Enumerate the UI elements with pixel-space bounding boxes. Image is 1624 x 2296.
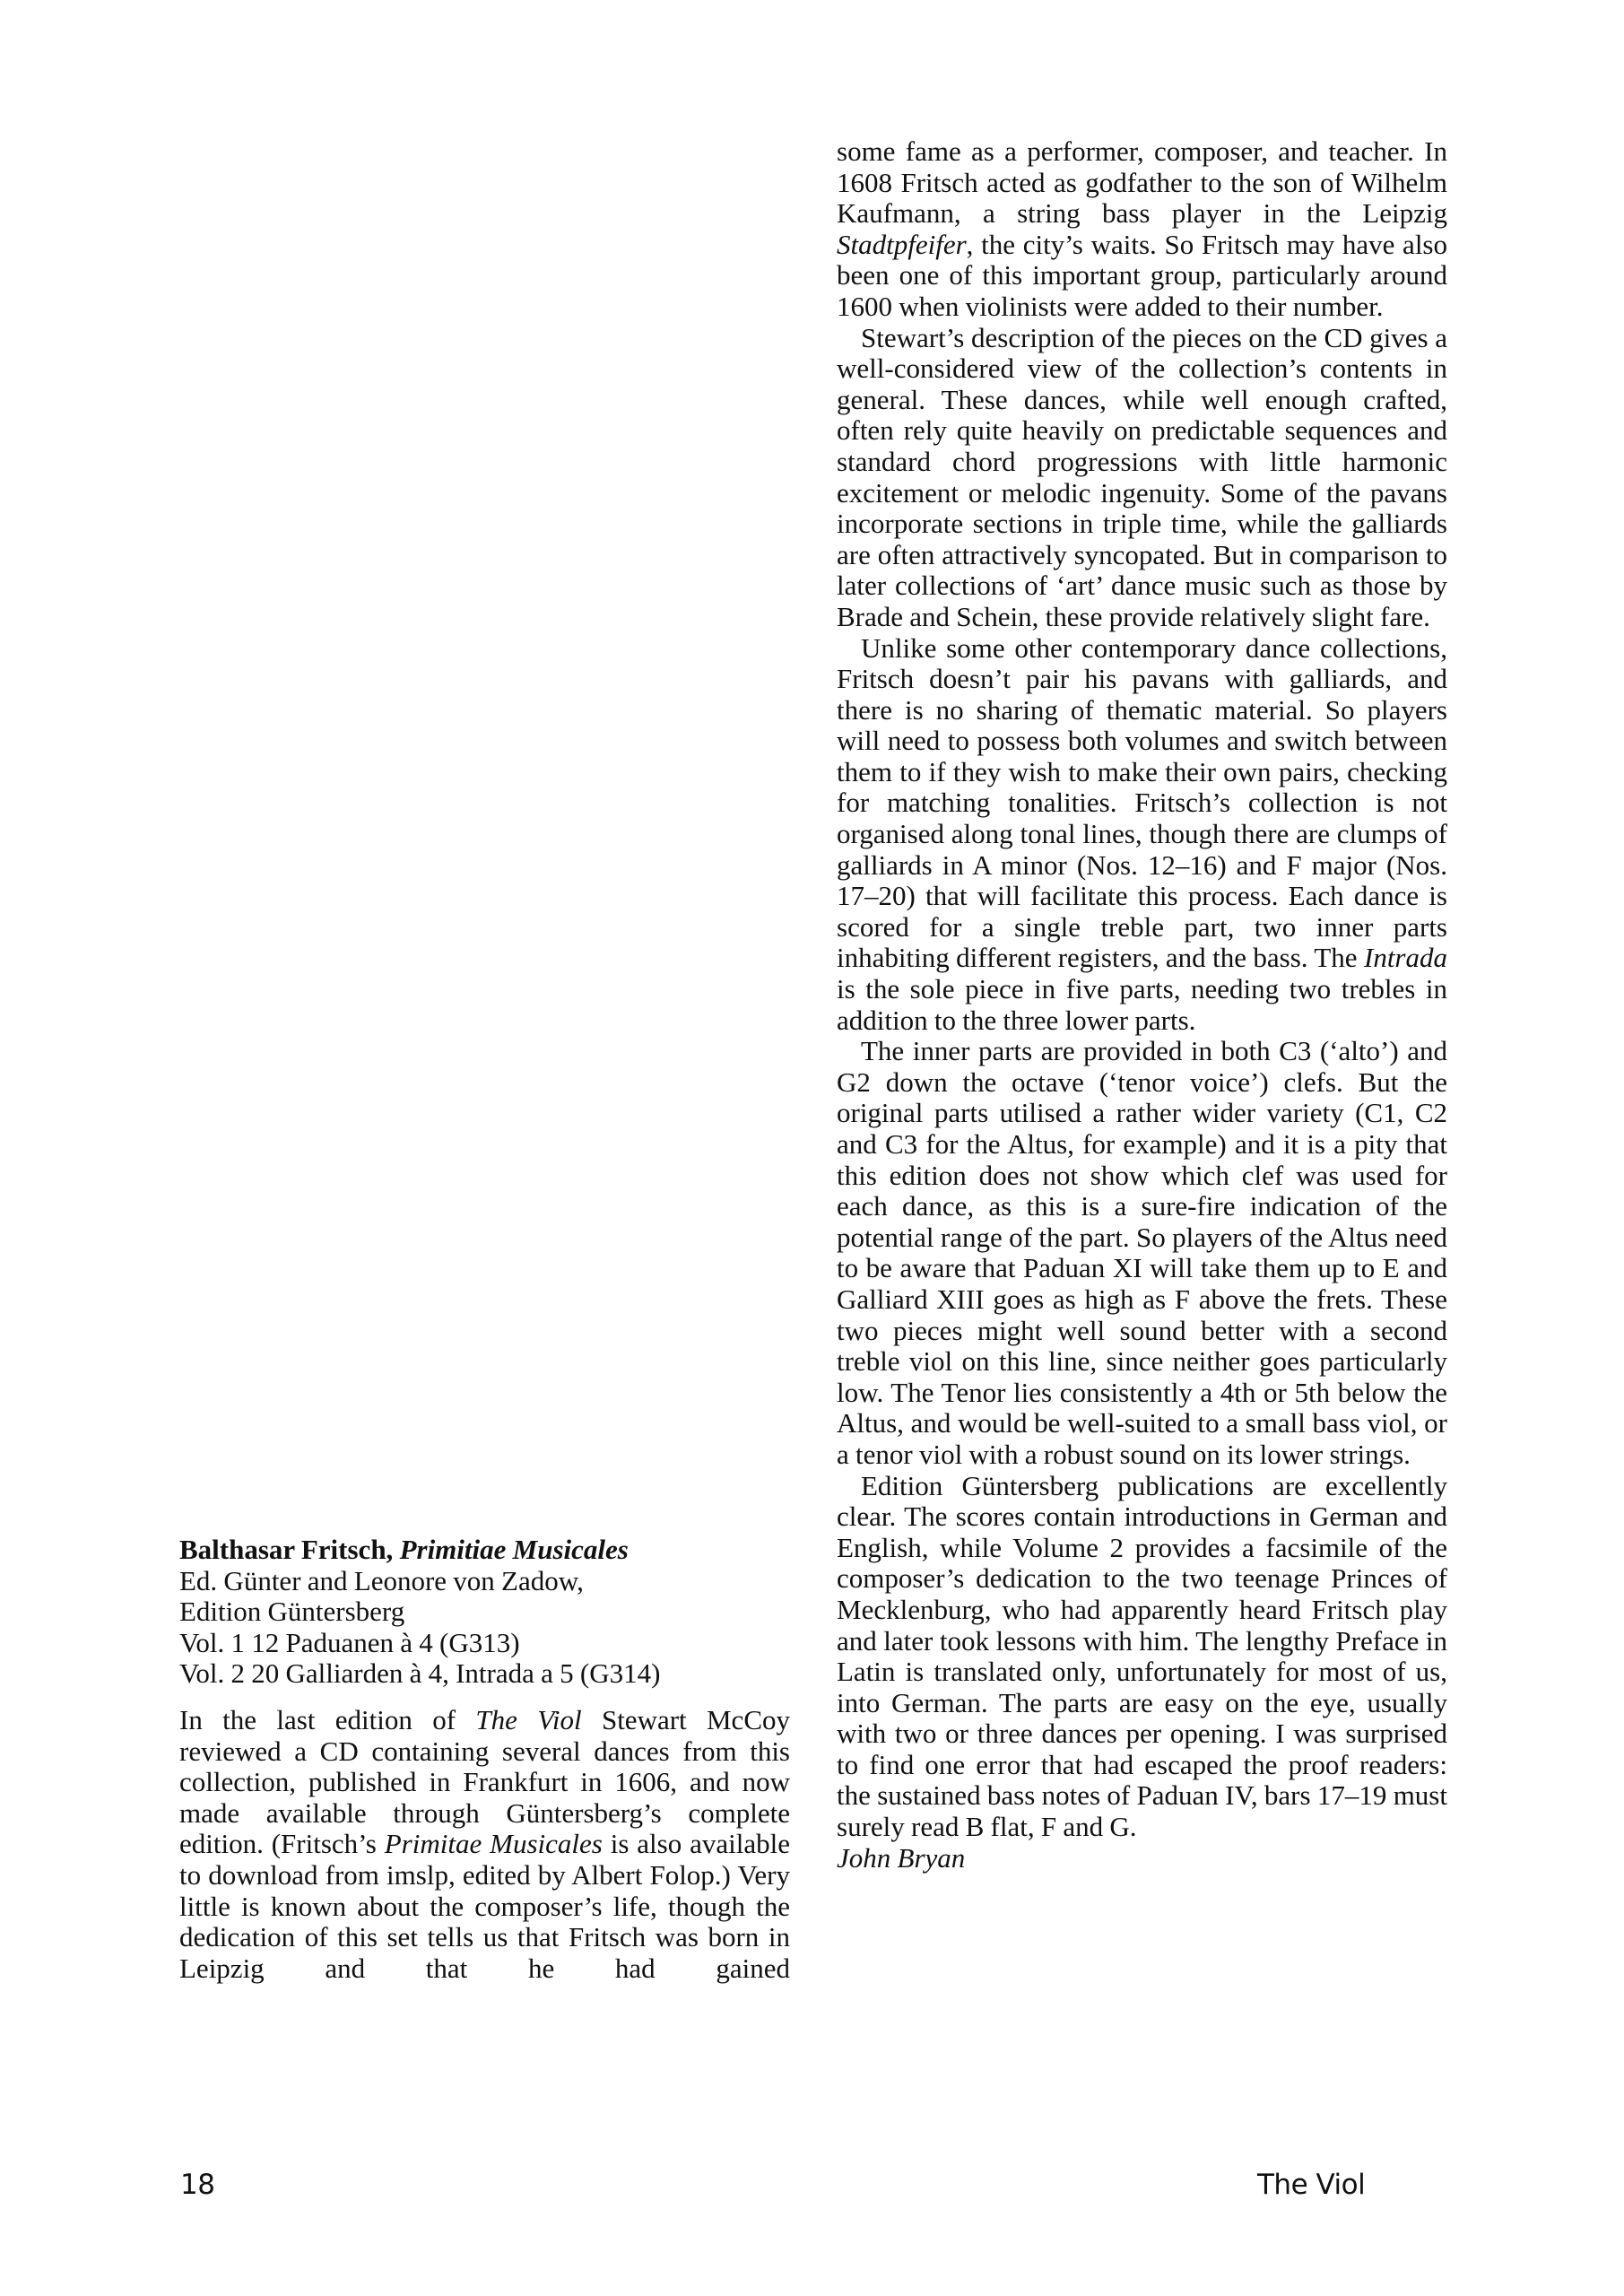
editors-line: Ed. Günter and Leonore von Zadow, [179,1566,790,1597]
text-run: In the last edition of [179,1704,475,1735]
review-paragraph-2: Stewart’s description of the pieces on t… [837,323,1447,633]
page-number: 18 [180,2169,214,2201]
composer-name: Balthasar Fritsch, [179,1534,393,1565]
running-title: The Viol [1257,2169,1365,2201]
review-paragraph-4: The inner parts are provided in both C3 … [837,1036,1447,1470]
volume-2-line: Vol. 2 20 Galliarden à 4, Intrada a 5 (G… [179,1658,790,1690]
review-paragraph-1-continued: some fame as a performer, composer, and … [837,136,1447,323]
left-column: Balthasar Fritsch, Primitiae Musicales E… [179,1535,790,1984]
review-paragraph-1: In the last edition of The Viol Stewart … [179,1705,790,1984]
review-heading: Balthasar Fritsch, Primitiae Musicales E… [179,1535,790,1690]
right-column: some fame as a performer, composer, and … [837,136,1447,1874]
italic-term: Stadtpfeifer [837,229,967,260]
work-title: Primitiae Musicales [400,1534,629,1565]
review-paragraph-3: Unlike some other contemporary dance col… [837,633,1447,1037]
text-run: some fame as a performer, composer, and … [837,135,1447,229]
review-title-line: Balthasar Fritsch, Primitiae Musicales [179,1535,790,1566]
work-title-inline: Primitae Musicales [385,1828,603,1859]
text-run: is the sole piece in five parts, needing… [837,973,1447,1036]
review-paragraph-5: Edition Güntersberg publications are exc… [837,1471,1447,1843]
reviewer-signature: John Bryan [837,1843,1447,1874]
journal-title: The Viol [475,1704,581,1735]
publisher-line: Edition Güntersberg [179,1596,790,1628]
text-run: Unlike some other contemporary dance col… [837,632,1447,974]
volume-1-line: Vol. 1 12 Paduanen à 4 (G313) [179,1628,790,1659]
italic-term: Intrada [1364,942,1447,973]
